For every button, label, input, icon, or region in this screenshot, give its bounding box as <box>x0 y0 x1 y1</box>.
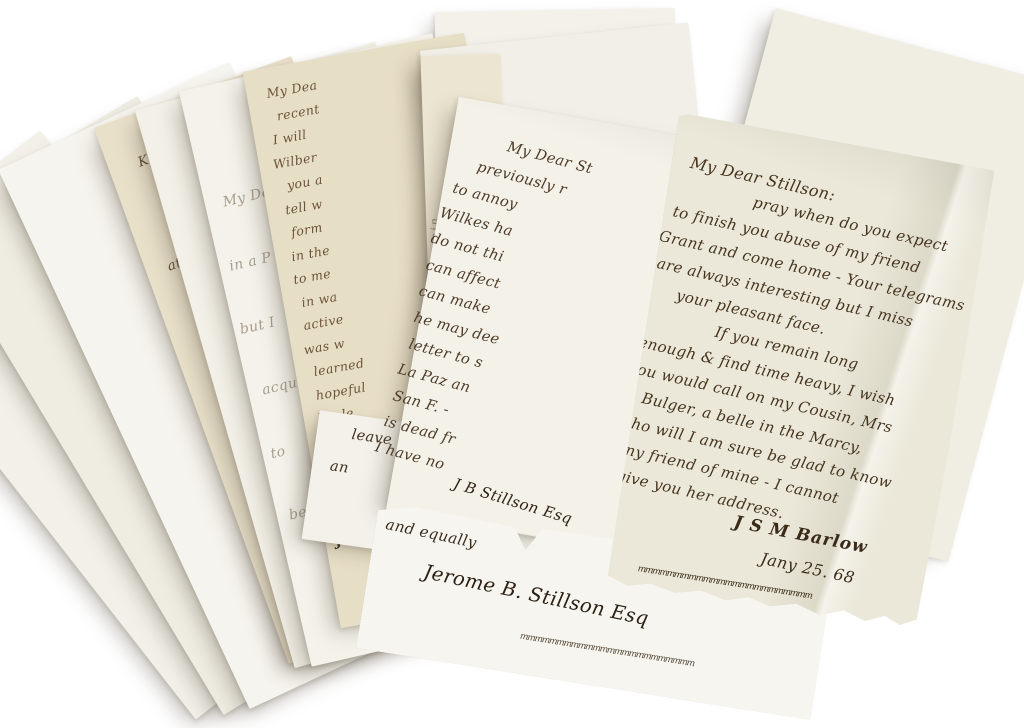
handwritten-line: and equally <box>384 515 478 552</box>
date-line: Jany 25. 68 <box>759 549 857 587</box>
ink-flourish: mmmmmmmmmmmmmmmmmmmmmmmm <box>519 632 694 669</box>
photo-of-fanned-letters: Knew i He at tol wanti Ti dow pre My Dea… <box>0 0 1024 728</box>
